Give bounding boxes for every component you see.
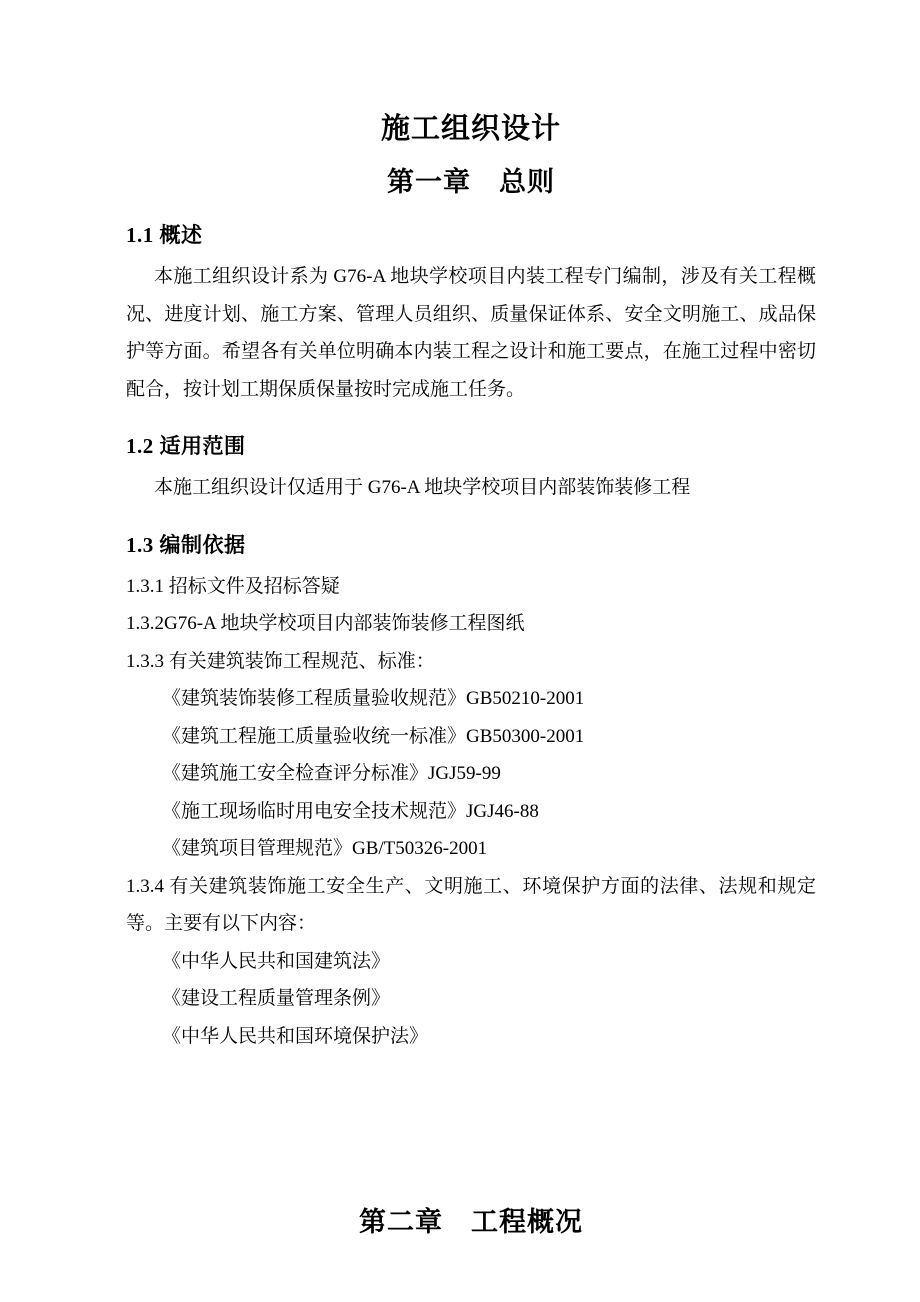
list-item-1-3-3: 1.3.3 有关建筑装饰工程规范、标准：	[126, 643, 816, 681]
section-heading-1-2: 1.2 适用范围	[126, 434, 816, 458]
standard-item: 《建筑施工安全检查评分标准》JGJ59-99	[126, 755, 816, 793]
chapter-1-heading: 第一章 总则	[126, 167, 816, 197]
law-item: 《建设工程质量管理条例》	[126, 980, 816, 1018]
chapter-2-heading: 第二章 工程概况	[126, 1207, 816, 1237]
standard-item: 《建筑装饰装修工程质量验收规范》GB50210-2001	[126, 680, 816, 718]
section-1-2-paragraph: 本施工组织设计仅适用于 G76-A 地块学校项目内部装饰装修工程	[126, 469, 816, 507]
section-heading-1-3: 1.3 编制依据	[126, 533, 816, 557]
section-heading-1-1: 1.1 概述	[126, 223, 816, 247]
list-item-1-3-1: 1.3.1 招标文件及招标答疑	[126, 568, 816, 606]
document-page: 施工组织设计 第一章 总则 1.1 概述 本施工组织设计系为 G76-A 地块学…	[0, 0, 920, 1302]
list-item-1-3-4: 1.3.4 有关建筑装饰施工安全生产、文明施工、环境保护方面的法律、法规和规定等…	[126, 868, 816, 943]
standard-item: 《施工现场临时用电安全技术规范》JGJ46-88	[126, 793, 816, 831]
law-item: 《中华人民共和国环境保护法》	[126, 1018, 816, 1056]
law-item: 《中华人民共和国建筑法》	[126, 943, 816, 981]
list-item-1-3-2: 1.3.2G76-A 地块学校项目内部装饰装修工程图纸	[126, 605, 816, 643]
basis-list: 1.3.1 招标文件及招标答疑 1.3.2G76-A 地块学校项目内部装饰装修工…	[126, 568, 816, 1056]
standard-item: 《建筑工程施工质量验收统一标准》GB50300-2001	[126, 718, 816, 756]
section-1-1-paragraph: 本施工组织设计系为 G76-A 地块学校项目内装工程专门编制，涉及有关工程概况、…	[126, 258, 816, 408]
document-title: 施工组织设计	[126, 113, 816, 145]
standard-item: 《建筑项目管理规范》GB/T50326-2001	[126, 830, 816, 868]
